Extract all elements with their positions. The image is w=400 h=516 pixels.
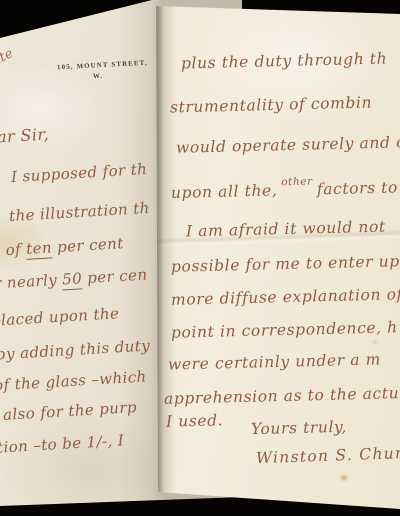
handwritten-line: I am afraid it would not (186, 218, 386, 241)
handwritten-line: point in correspondence, h (171, 318, 398, 342)
letterhead-address-line2: W. (93, 73, 104, 81)
line-text: upon all the, (171, 181, 278, 202)
handwritten-line: by adding this duty (0, 336, 151, 363)
handwritten-line: t of ten per cent (0, 234, 124, 260)
handwritten-line: tion –to be 1/-, I (0, 431, 125, 457)
handwritten-line: r nearly 50 per cen (0, 265, 148, 292)
handwritten-line: were certainly under a m (168, 350, 381, 373)
handwritten-line: of the glass –which (0, 367, 147, 394)
handwritten-line-with-insertion: upon all the,otherfactors to p (171, 178, 400, 202)
corner-inscription: ate (0, 46, 16, 69)
letterhead-address-line1: 105, MOUNT STREET, (57, 60, 148, 72)
handwritten-line: more diffuse explanation of (171, 285, 400, 309)
handwritten-line: also for the purp (3, 398, 138, 424)
closing-valediction: Yours truly, (251, 418, 347, 438)
line-text: factors to p (317, 178, 400, 198)
underlined-word: ten (26, 238, 53, 259)
handwritten-line: placed upon the (0, 304, 120, 330)
inserted-word-above-line: other (281, 176, 313, 189)
handwritten-line: I used. (166, 411, 224, 430)
handwritten-line: plus the duty through th (181, 49, 388, 72)
line-text: per cen (82, 265, 148, 287)
line-text: r nearly (0, 271, 63, 293)
letter-photograph: ate 105, MOUNT STREET, W. Oc ar Sir, I s… (0, 0, 400, 516)
handwritten-line: apprehension as to the actu (164, 384, 400, 408)
handwritten-line: I supposed for th (11, 160, 148, 186)
handwritten-line-salutation: ar Sir, (0, 124, 50, 146)
handwritten-line: strumentality of combin (170, 94, 372, 117)
line-text: t of (0, 240, 27, 260)
handwritten-line: possible for me to enter up (171, 252, 400, 276)
signature: Winston S. Churchill (256, 443, 400, 468)
handwritten-line: the illustration th (9, 199, 151, 225)
underlined-word: 50 (62, 269, 83, 290)
line-text: per cent (51, 234, 124, 256)
handwritten-line: would operate surely and c (176, 133, 400, 157)
